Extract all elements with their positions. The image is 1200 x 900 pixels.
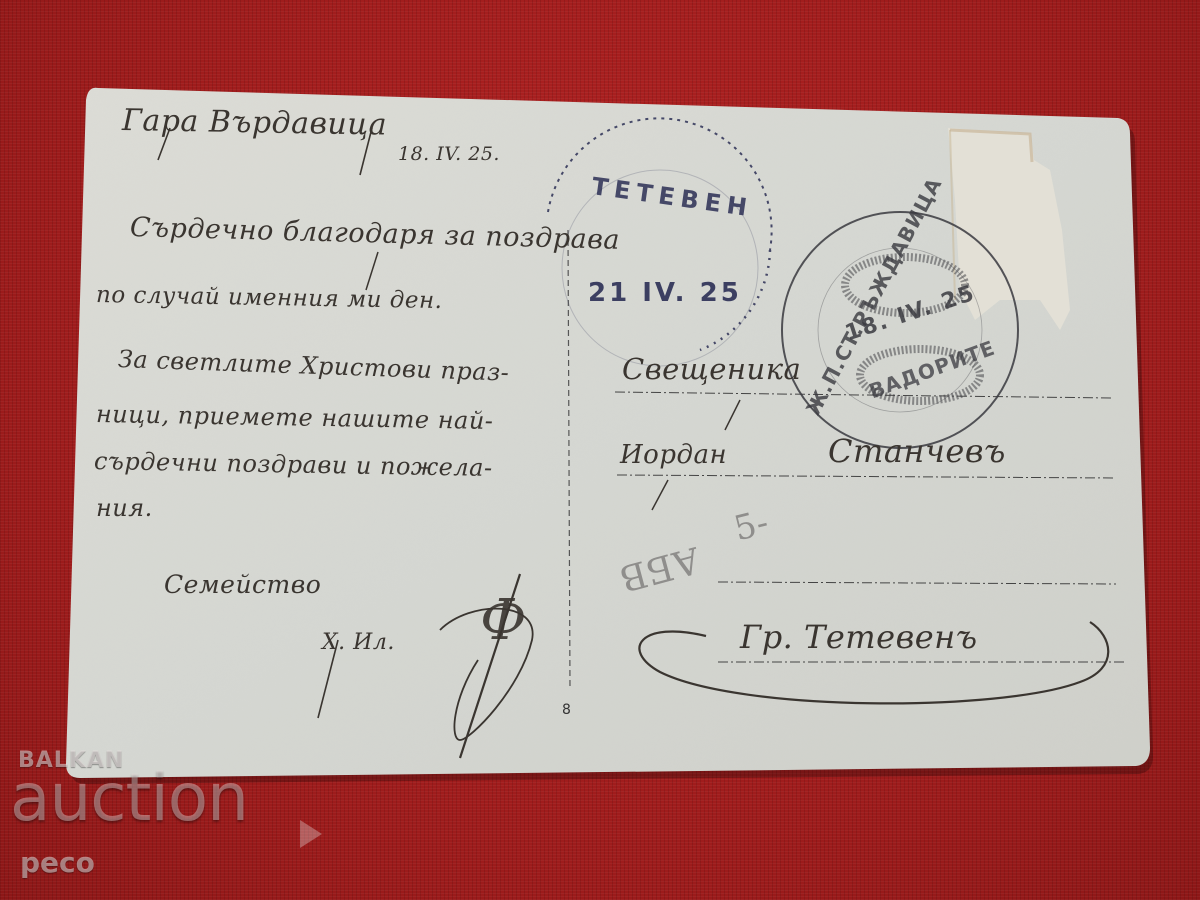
signature-initial: Ф xyxy=(480,588,527,653)
message-date: 18. IV. 25. xyxy=(398,143,500,165)
recipient-last-name: Станчевъ xyxy=(828,432,1006,470)
play-arrow-icon xyxy=(300,820,322,848)
watermark-auction: auction xyxy=(10,758,248,838)
recipient-title: Свещеника xyxy=(622,352,801,386)
sender-place: Гара Върдавица xyxy=(122,103,388,143)
watermark-logo: BALKAN auction peco xyxy=(8,748,338,898)
recipient-city: Гр. Тетевенъ xyxy=(740,618,978,656)
printed-number: 8 xyxy=(562,702,571,718)
signature-prefix: Х. Ил. xyxy=(322,630,395,655)
closing-text: Семейство xyxy=(164,570,321,599)
recipient-first-name: Иордан xyxy=(620,440,727,470)
message-line-6: ния. xyxy=(96,494,153,522)
watermark-peco: peco xyxy=(20,846,95,879)
arrival-postmark-date: 21 IV. 25 xyxy=(588,278,742,308)
